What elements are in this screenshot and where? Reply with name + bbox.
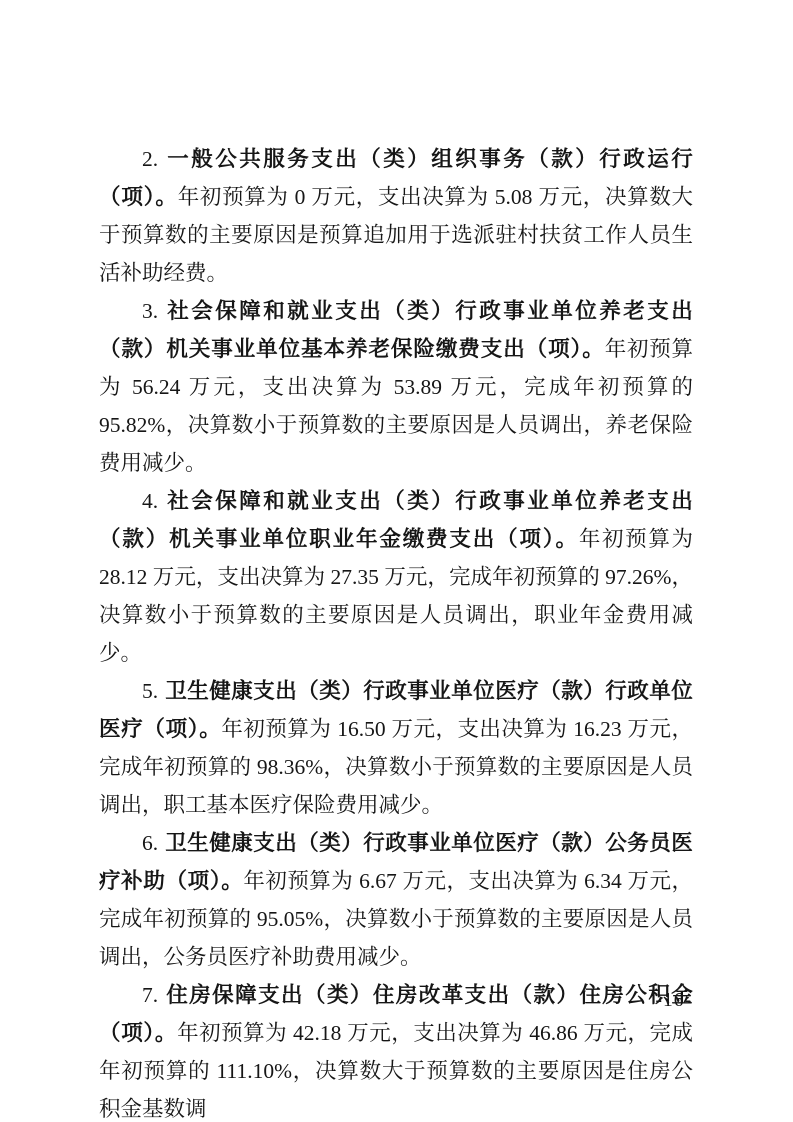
paragraph-2: 2.一般公共服务支出（类）组织事务（款）行政运行（项）。年初预算为 0 万元，支…: [99, 140, 693, 292]
paragraph-body-text: 年初预算为 42.18 万元，支出决算为 46.86 万元，完成年初预算的 11…: [99, 1021, 693, 1121]
paragraph-4: 4.社会保障和就业支出（类）行政事业单位养老支出（款）机关事业单位职业年金缴费支…: [99, 482, 693, 672]
paragraph-3: 3.社会保障和就业支出（类）行政事业单位养老支出（款）机关事业单位基本养老保险缴…: [99, 292, 693, 482]
document-body: 2.一般公共服务支出（类）组织事务（款）行政运行（项）。年初预算为 0 万元，支…: [99, 140, 693, 1122]
paragraph-7: 7.住房保障支出（类）住房改革支出（款）住房公积金（项）。年初预算为 42.18…: [99, 976, 693, 1122]
document-page: 2.一般公共服务支出（类）组织事务（款）行政运行（项）。年初预算为 0 万元，支…: [0, 0, 793, 1122]
paragraph-number: 2.: [142, 147, 158, 171]
paragraph-body-text: 年初预算为 0 万元，支出决算为 5.08 万元，决算数大于预算数的主要原因是预…: [99, 185, 693, 285]
paragraph-6: 6.卫生健康支出（类）行政事业单位医疗（款）公务员医疗补助（项）。年初预算为 6…: [99, 824, 693, 976]
paragraph-number: 6.: [142, 831, 158, 855]
paragraph-5: 5.卫生健康支出（类）行政事业单位医疗（款）行政单位医疗（项）。年初预算为 16…: [99, 672, 693, 824]
paragraph-number: 3.: [142, 299, 158, 323]
paragraph-number: 5.: [142, 679, 158, 703]
page-number: -16-: [656, 990, 693, 1012]
paragraph-number: 4.: [142, 489, 158, 513]
paragraph-number: 7.: [142, 983, 158, 1007]
